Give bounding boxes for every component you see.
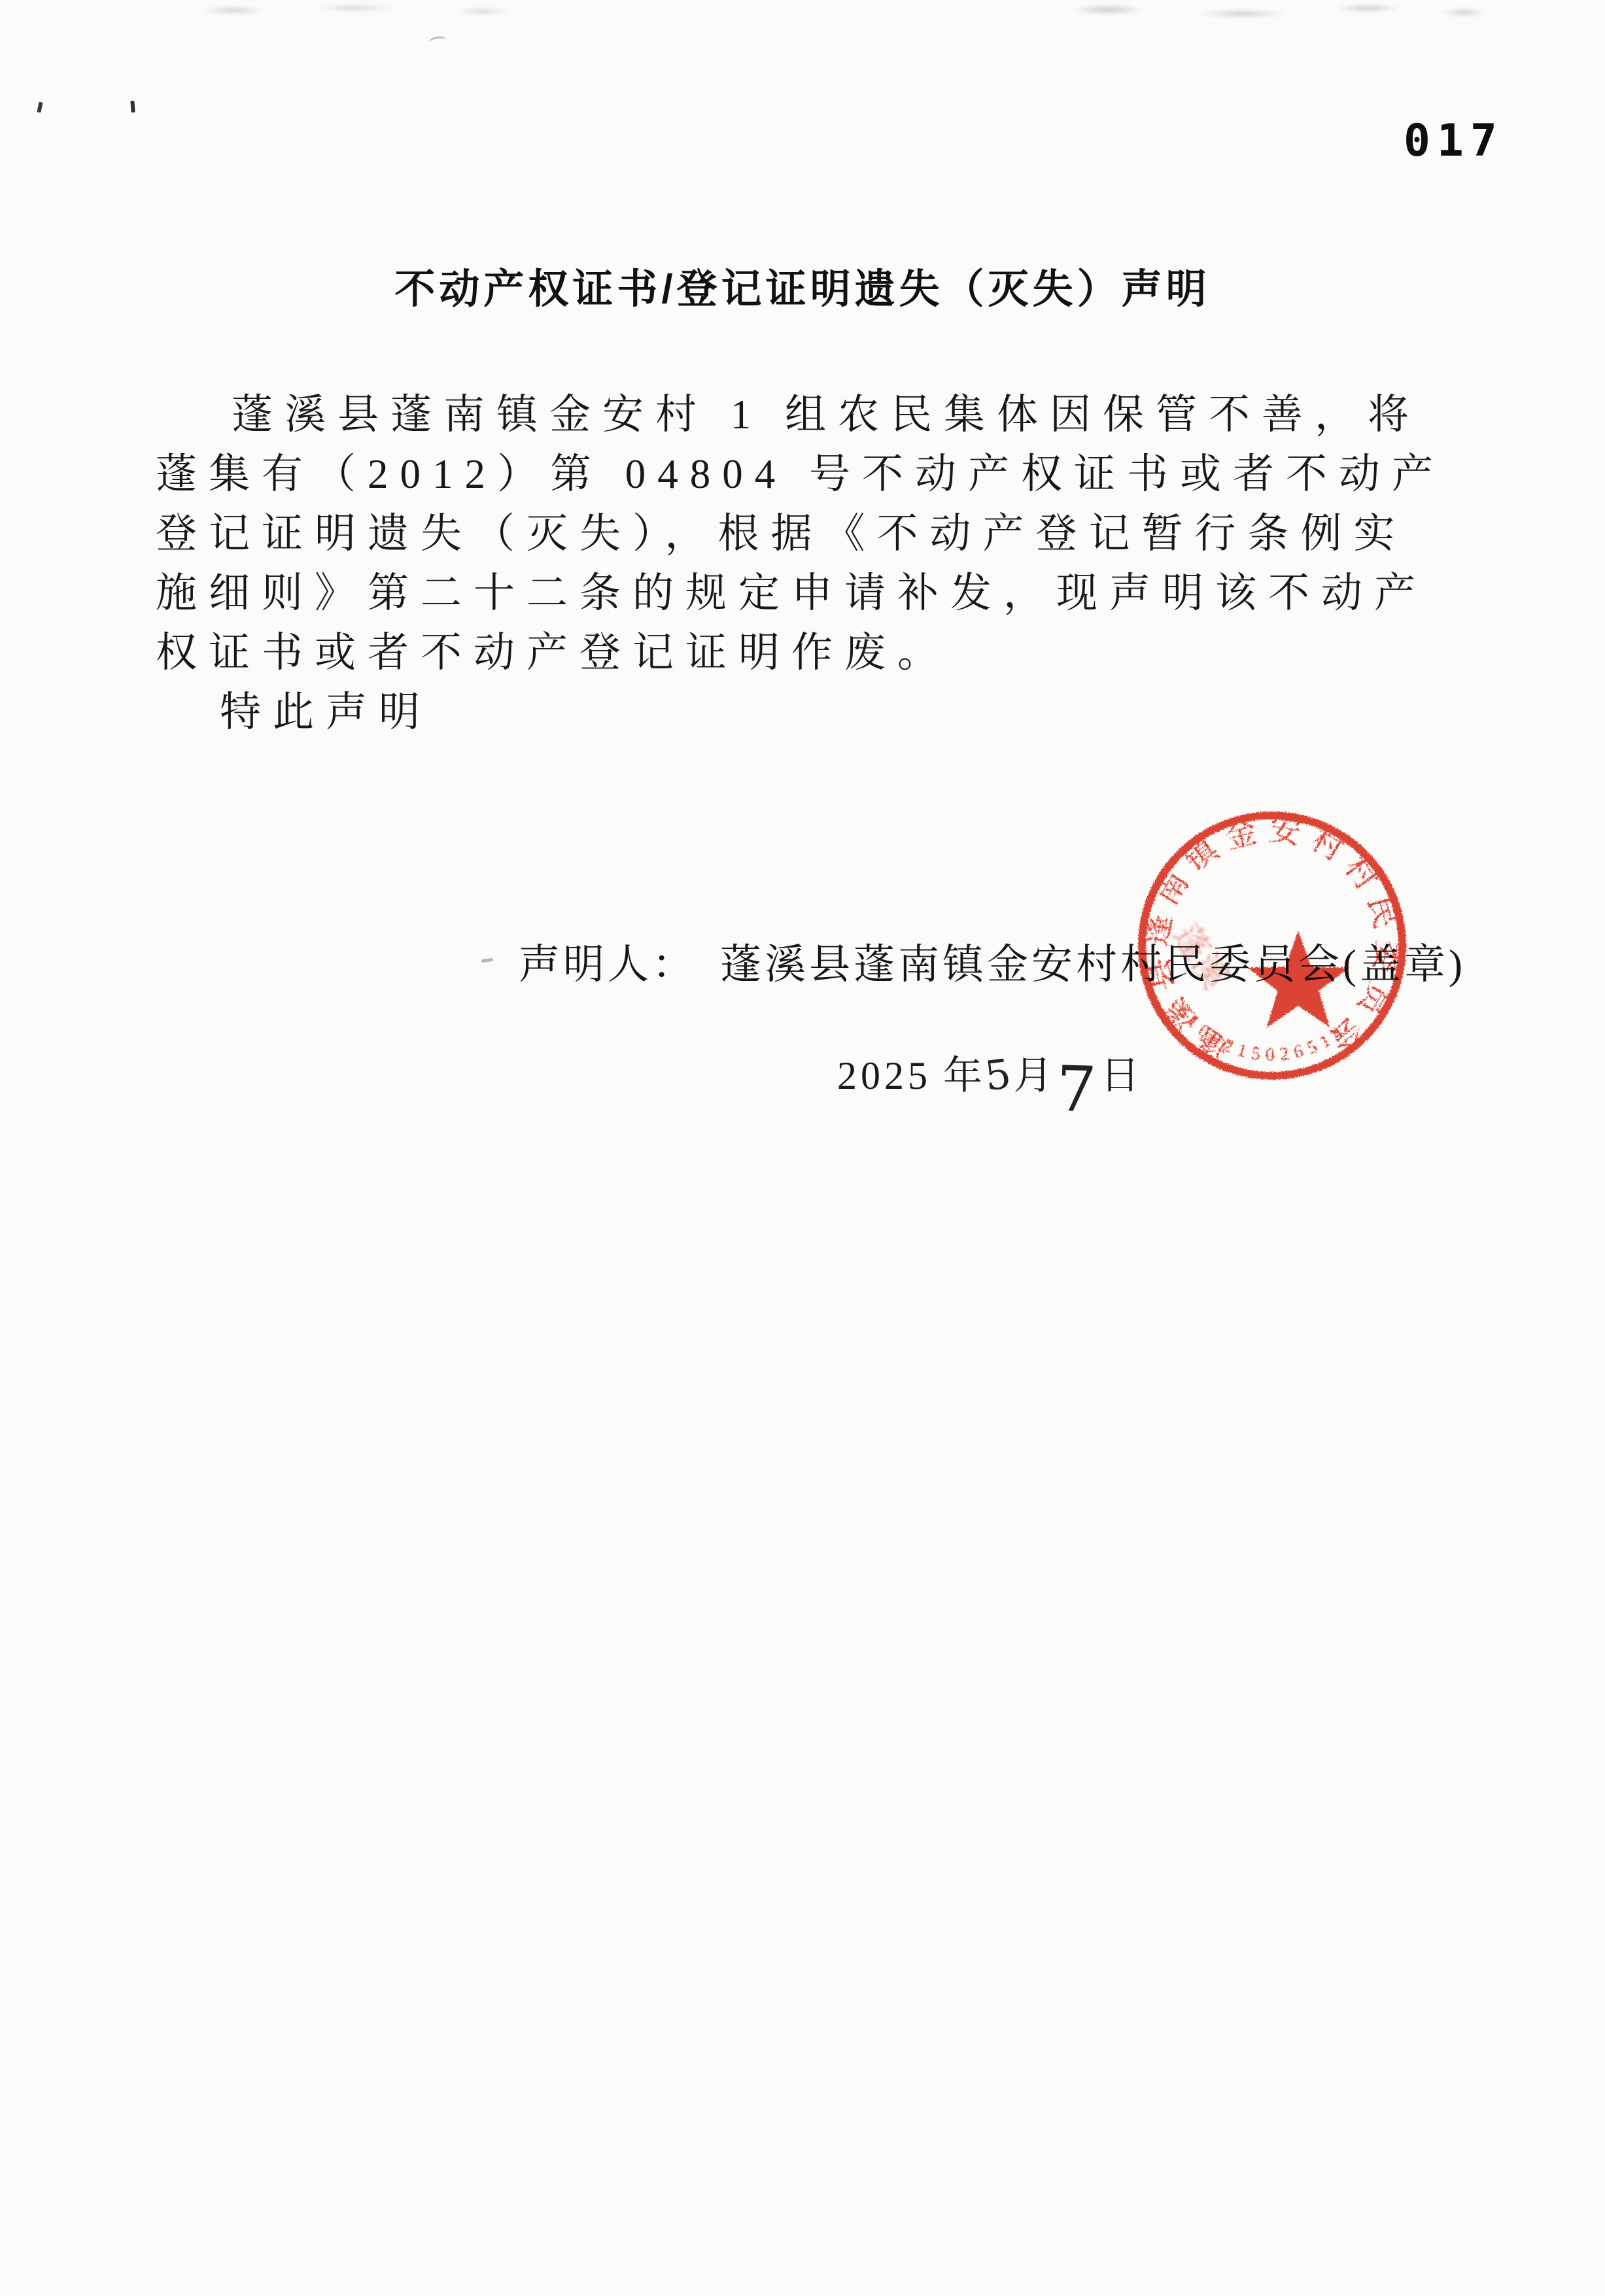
official-seal: 蓬溪县蓬南镇金安村村民委员会 5109215026514 蓬溪 (1133, 807, 1411, 1084)
scan-speck (130, 101, 135, 112)
body-line: 施细则》第二十二条的规定申请补发，现声明该不动产 (156, 573, 1438, 614)
body-line: 权证书或者不动产登记证明作废。 (156, 632, 1438, 674)
scan-squiggle-mark (428, 35, 447, 46)
date-line: 2025年5月7日 (837, 1054, 1141, 1097)
date-month-unit: 月 (1013, 1054, 1054, 1097)
body-line: 蓬集有（2012）第 04804 号不动产权证书或者不动产 (156, 454, 1438, 495)
scan-dash-mark (481, 958, 494, 963)
body-line-closing: 特此声明 (156, 692, 1438, 733)
document-page: { "page_number": "017", "title": "不动产权证书… (0, 0, 1605, 2296)
date-month-handwritten: 5 (982, 1053, 1014, 1098)
page-number: 017 (1404, 115, 1504, 167)
scan-speck (37, 102, 43, 113)
official-seal-graphic: 蓬溪县蓬南镇金安村村民委员会 5109215026514 蓬溪 (1133, 807, 1411, 1084)
document-title: 不动产权证书/登记证明遗失（灭失）声明 (0, 256, 1605, 315)
scan-smudge-top-right (1066, 0, 1485, 27)
red-star-icon (1247, 931, 1349, 1027)
date-year-unit: 年 (943, 1054, 984, 1097)
date-day-handwritten: 7 (1056, 1089, 1097, 1090)
declaration-paragraph: 蓬溪县蓬南镇金安村 1 组农民集体因保管不善，将 蓬集有（2012）第 0480… (156, 394, 1438, 751)
scan-smudge-top-left (190, 1, 556, 24)
body-line: 登记证明遗失（灭失），根据《不动产登记暂行条例实 (156, 513, 1438, 555)
date-year: 2025 (837, 1054, 931, 1097)
declarant-label: 声明人： (519, 942, 697, 987)
body-line: 蓬溪县蓬南镇金安村 1 组农民集体因保管不善，将 (156, 394, 1438, 436)
